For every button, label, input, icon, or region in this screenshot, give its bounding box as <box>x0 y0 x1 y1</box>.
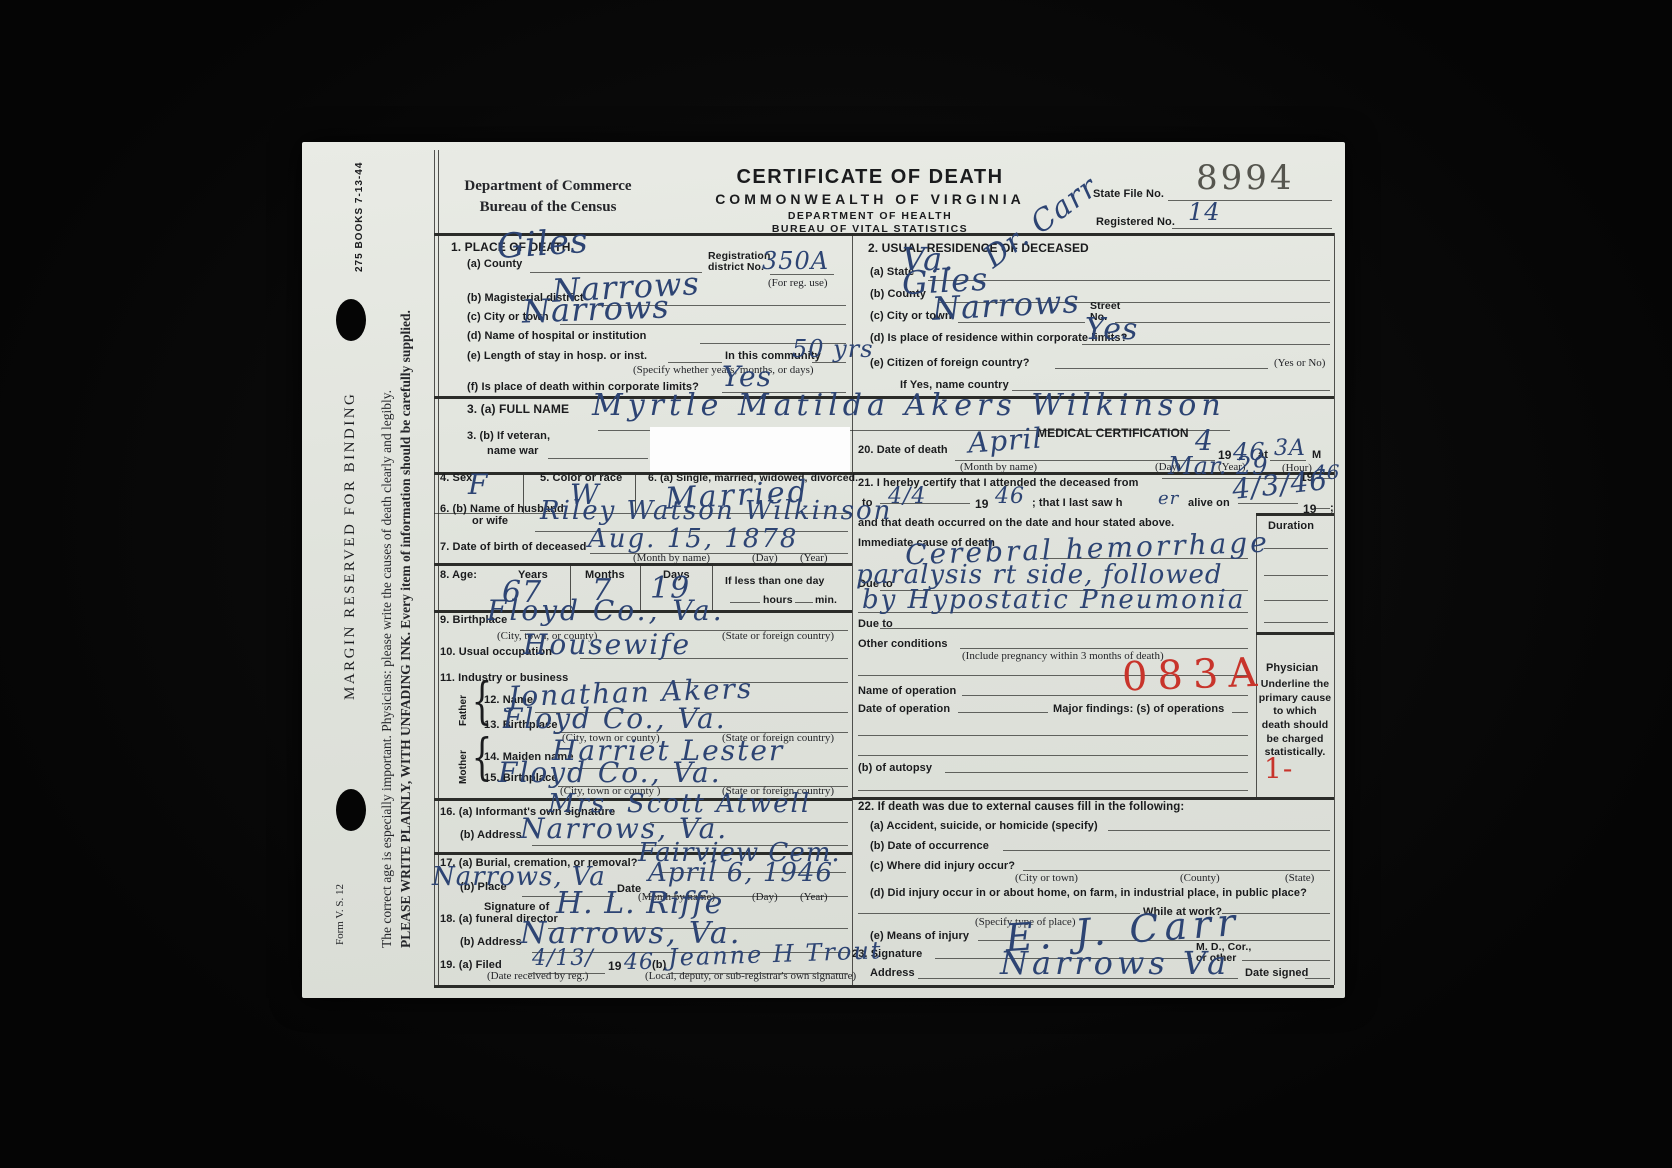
rule-line <box>1316 508 1330 509</box>
dept-health: DEPARTMENT OF HEALTH <box>690 210 1050 222</box>
code-stamp: 083A <box>1121 649 1268 700</box>
filed-year-printed: 19 <box>608 959 622 973</box>
rule-line <box>1305 978 1330 979</box>
rule-line <box>1264 600 1328 601</box>
father-birthplace-value: Floyd Co., Va. <box>503 702 727 735</box>
border-left-outer <box>434 150 435 985</box>
alive-year-printed: 19 <box>1303 502 1317 516</box>
certificate-title: CERTIFICATE OF DEATH <box>690 166 1050 189</box>
residence-corporate-value: Yes <box>1085 312 1138 347</box>
citizen-label: (e) Citizen of foreign country? <box>870 357 1030 369</box>
rule-line <box>858 735 1248 736</box>
hours-label: hours <box>763 594 793 606</box>
rule-line <box>1003 850 1330 851</box>
physician-label: Physician <box>1266 662 1318 674</box>
burial-date-value: April 6, 1946 <box>648 858 833 888</box>
agency-line2: Bureau of the Census <box>448 199 648 216</box>
border-left-inner <box>438 150 439 985</box>
operation-name-label: Name of operation <box>858 685 956 697</box>
burial-note-day: (Day) <box>752 891 778 903</box>
funeral-director-label1: Signature of <box>484 901 549 913</box>
major-findings-label: Major findings: (s) of operations <box>1053 703 1224 715</box>
rule-line <box>730 602 760 603</box>
border-right <box>1334 233 1335 985</box>
father-group-label: Father <box>458 686 469 726</box>
means-injury-label: (e) Means of injury <box>870 930 969 942</box>
duration-label: Duration <box>1268 520 1314 532</box>
death-hour-value: 3A <box>1274 436 1306 461</box>
to-year-value: 46 <box>995 484 1025 509</box>
birth-note-year: (Year) <box>800 552 828 564</box>
rule-line <box>1264 622 1328 623</box>
death-note-month: (Month by name) <box>960 461 1037 473</box>
commonwealth-subtitle: COMMONWEALTH OF VIRGINIA <box>690 191 1050 207</box>
mother-birthplace-value: Floyd Co., Va. <box>498 756 722 789</box>
occurred-line: and that death occurred on the date and … <box>858 517 1174 529</box>
age-label: 8. Age: <box>440 569 477 581</box>
rule-line <box>1023 870 1330 871</box>
rule-line <box>1172 228 1332 229</box>
injury-about-label: (d) Did injury occur in or about home, o… <box>870 887 1307 899</box>
reg-district-label2: district No. <box>708 261 764 273</box>
rule-line <box>1242 960 1330 961</box>
other-conditions-label: Other conditions <box>858 638 948 650</box>
rule-line <box>1115 322 1330 323</box>
injury-note-city: (City or town) <box>1015 872 1078 884</box>
stock-code: 275 BOOKS 7-13-44 <box>354 152 365 272</box>
alive-end-punct: ; <box>1330 502 1334 514</box>
rule-line <box>945 772 1248 773</box>
autopsy-label: (b) of autopsy <box>858 762 932 774</box>
veteran-label1: 3. (b) If veteran, <box>467 430 550 442</box>
county-value: Giles <box>496 221 590 267</box>
due-to1-value-line2: by Hypostatic Pneumonia <box>862 585 1245 615</box>
rule-line <box>1055 368 1268 369</box>
injury-note-county: (County) <box>1180 872 1220 884</box>
birthplace-value: Floyd Co., Va. <box>487 594 725 627</box>
rule-line <box>858 790 1248 791</box>
occupation-value: Housewife <box>523 628 691 661</box>
date-signed-label: Date signed <box>1245 967 1308 979</box>
funeral-address-label: (b) Address <box>460 936 522 948</box>
rule-line <box>958 712 1048 713</box>
filed-value: 4/13/ <box>532 946 594 971</box>
death-month-value: April <box>967 421 1044 459</box>
reg-district-value: 350A <box>762 247 829 275</box>
city-value: Narrows <box>521 287 670 330</box>
less-one-day-label: If less than one day <box>725 575 824 587</box>
birthplace-note-state: (State or foreign country) <box>722 630 834 642</box>
citizen-note: (Yes or No) <box>1274 357 1325 369</box>
punch-hole-top <box>336 299 366 341</box>
duration-box-top <box>1256 513 1334 516</box>
spouse-label2: or wife <box>472 515 508 527</box>
injury-note-state: (State) <box>1285 872 1314 884</box>
registered-value: 14 <box>1188 198 1221 226</box>
residence-city-value: Narrows <box>931 282 1081 328</box>
rule-line <box>795 602 813 603</box>
punch-hole-bottom <box>336 789 366 831</box>
external-causes-title: 22. If death was due to external causes … <box>858 801 1184 813</box>
form-number: Form V. S. 12 <box>334 860 346 945</box>
alive-on-label: alive on <box>1188 497 1230 509</box>
birth-date-label: 7. Date of birth of deceased <box>440 541 586 553</box>
hospital-label: (d) Name of hospital or institution <box>467 330 647 342</box>
rule-line <box>1232 712 1248 713</box>
registrar-note: (Local, deputy, or sub-registrar's own s… <box>645 970 856 982</box>
operation-date-label: Date of operation <box>858 703 950 715</box>
redaction-box <box>650 427 850 472</box>
file-number-stamp: 8994 <box>1196 158 1295 198</box>
birth-date-value: Aug. 15, 1878 <box>588 524 798 554</box>
binding-margin-text: MARGIN RESERVED FOR BINDING <box>342 400 359 700</box>
instruction-inner: PLEASE WRITE PLAINLY, WITH UNFADING INK.… <box>398 148 414 948</box>
death-date-label: 20. Date of death <box>858 444 948 456</box>
physician-note: Underline the primary cause to which dea… <box>1258 678 1332 760</box>
full-name-value: Myrtle Matilda Akers Wilkinson <box>592 388 1226 423</box>
sex-value: F <box>468 468 488 501</box>
min-label: min. <box>815 594 837 606</box>
community-value: 50 yrs <box>792 335 874 363</box>
tally-mark: 1- <box>1264 752 1293 785</box>
full-name-label: 3. (a) FULL NAME <box>467 402 569 416</box>
rule-line <box>668 362 722 363</box>
rule-line <box>1256 632 1334 635</box>
rule-line <box>548 458 648 459</box>
mother-group-label: Mother <box>458 744 469 784</box>
filed-year-value: 46 <box>624 950 654 975</box>
attended-to-value: 4/4 <box>888 484 926 509</box>
reg-district-note: (For reg. use) <box>768 277 828 289</box>
accident-label: (a) Accident, suicide, or homicide (spec… <box>870 820 1098 832</box>
registered-label: Registered No. <box>1096 216 1175 228</box>
rule-line <box>960 648 1248 649</box>
certifier-address-value: Narrows Va <box>1000 944 1230 982</box>
certifier-address-label: Address <box>870 967 915 979</box>
to-year-printed: 19 <box>975 497 989 511</box>
spouse-value: Riley Watson Wilkinson <box>540 496 892 526</box>
veteran-label2: name war <box>487 445 539 457</box>
stay-label: (e) Length of stay in hosp. or inst. <box>467 350 647 362</box>
h-suffix-value: er <box>1158 488 1179 509</box>
rule-line <box>858 755 1248 756</box>
agency-line1: Department of Commerce <box>448 178 648 195</box>
rule-line <box>1264 548 1328 549</box>
filed-note: (Date received by reg.) <box>487 970 588 982</box>
rule-line <box>852 797 1334 800</box>
due-to2-label: Due to <box>858 618 893 630</box>
occurrence-label: (b) Date of occurrence <box>870 840 989 852</box>
where-injury-label: (c) Where did injury occur? <box>870 860 1015 872</box>
informant-address-label: (b) Address <box>460 829 522 841</box>
burial-note-year: (Year) <box>800 891 828 903</box>
scanned-certificate: 275 BOOKS 7-13-44 MARGIN RESERVED FOR BI… <box>0 0 1672 1168</box>
bottom-border <box>434 985 1334 988</box>
instruction-outer: The correct age is especially important.… <box>379 148 395 948</box>
rule-line <box>1264 575 1328 576</box>
medical-certification-title: MEDICAL CERTIFICATION <box>1037 426 1189 440</box>
rule-line <box>880 628 1248 629</box>
rule-line <box>1108 830 1330 831</box>
last-saw-label: ; that I last saw h <box>1032 497 1123 509</box>
